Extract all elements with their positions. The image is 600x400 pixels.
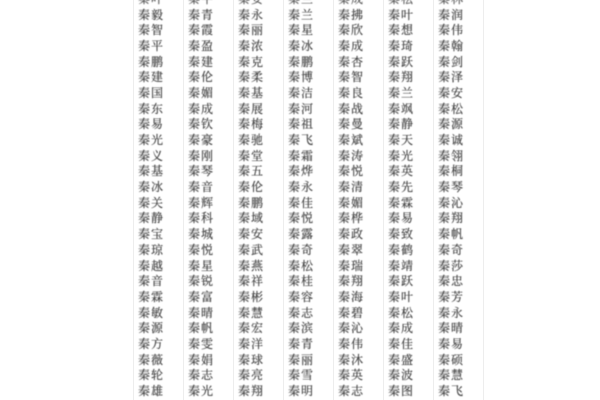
name-cell: 秦拂 [326,7,376,23]
name-cell-partial: 秦成 [326,0,376,7]
name-cell: 秦想 [376,22,426,38]
name-cell: 秦良 [326,85,376,101]
column-divider-line [483,0,484,400]
name-cell: 秦冰 [126,179,176,195]
name-cell: 秦忠 [426,273,476,289]
name-cell: 秦雪 [276,368,326,384]
name-cell: 秦伦 [176,69,226,85]
name-cell: 秦志 [176,368,226,384]
name-cell: 秦关 [126,195,176,211]
name-cell: 秦清 [326,179,376,195]
name-cell: 秦奇 [276,242,326,258]
name-cell: 秦静 [376,117,426,133]
name-cell: 秦盈 [176,38,226,54]
name-cell: 秦明 [276,383,326,399]
name-cell: 秦媚 [326,195,376,211]
name-cell: 秦敏 [126,305,176,321]
name-cell: 秦天 [376,132,426,148]
name-cell: 秦鹏 [276,54,326,70]
name-cell: 秦琴 [176,164,226,180]
name-cell: 秦武 [226,242,276,258]
name-cell: 秦静 [126,211,176,227]
name-cell: 秦祥 [226,273,276,289]
name-cell: 秦青 [276,336,326,352]
name-cell: 秦盛 [376,352,426,368]
name-cell: 秦源 [126,320,176,336]
name-cell: 秦建 [176,54,226,70]
name-cell: 秦源 [426,117,476,133]
name-cell: 秦薇 [126,352,176,368]
name-cell: 秦浓 [226,38,276,54]
name-cell: 秦鹤 [376,242,426,258]
name-cell: 秦雄 [126,383,176,399]
name-cell: 秦洋 [226,336,276,352]
name-cell: 秦义 [126,148,176,164]
name-cell: 秦波 [376,368,426,384]
name-cell: 秦光 [376,148,426,164]
name-cell: 秦松 [376,305,426,321]
name-cell: 秦轮 [126,368,176,384]
name-cell: 秦致 [376,226,426,242]
name-cell: 秦悦 [326,164,376,180]
name-cell: 秦跃 [376,54,426,70]
name-cell: 秦光 [126,132,176,148]
name-cell: 秦政 [326,226,376,242]
name-cell: 秦燕 [226,258,276,274]
name-cell: 秦飞 [276,132,326,148]
name-cell: 秦慧 [226,305,276,321]
name-cell: 秦沁 [326,320,376,336]
name-cell: 秦帆 [426,226,476,242]
name-cell: 秦建 [126,69,176,85]
name-cell: 秦方 [126,336,176,352]
name-cell: 秦晴 [426,320,476,336]
name-cell: 秦翔 [376,69,426,85]
name-cell: 秦欣 [326,22,376,38]
name-cell: 秦安 [426,85,476,101]
name-cell: 秦辉 [176,195,226,211]
name-cell: 秦彬 [226,289,276,305]
name-cell: 秦泽 [426,69,476,85]
name-cell: 秦翔 [226,383,276,399]
name-cell: 秦琴 [426,179,476,195]
name-cell: 秦海 [326,289,376,305]
name-cell: 秦基 [126,164,176,180]
name-cell: 秦碧 [326,305,376,321]
name-cell: 秦伦 [226,179,276,195]
name-cell: 秦桦 [326,211,376,227]
name-cell: 秦丽 [276,352,326,368]
name-cell: 秦霖 [126,289,176,305]
name-cell: 秦易 [126,117,176,133]
document-page: 秦叶秦平秦安秦兰秦成秦松秦林秦毅秦青秦永秦兰秦拂秦叶秦润秦智秦霞秦丽秦星秦欣秦想… [0,0,600,400]
name-cell: 秦越 [126,258,176,274]
name-cell-partial: 秦松 [376,0,426,7]
name-cell: 秦英 [326,368,376,384]
name-cell: 秦五 [226,164,276,180]
name-cell: 秦祖 [276,117,326,133]
name-cell: 秦战 [326,101,376,117]
name-cell: 秦涛 [326,148,376,164]
name-cell: 秦翎 [426,148,476,164]
name-cell: 秦容 [276,289,326,305]
name-cell: 秦光 [176,383,226,399]
name-cell: 秦富 [176,289,226,305]
name-cell: 秦钦 [176,117,226,133]
name-cell: 秦芳 [426,289,476,305]
name-cell: 秦伟 [426,22,476,38]
name-cell: 秦琼 [126,242,176,258]
name-cell: 秦平 [126,38,176,54]
name-cell: 秦亮 [226,368,276,384]
name-cell: 秦露 [276,226,326,242]
name-cell: 秦智 [126,22,176,38]
name-cell: 秦霖 [376,195,426,211]
name-cell: 秦城 [176,226,226,242]
name-cell: 秦奇 [426,242,476,258]
name-cell: 秦帆 [176,320,226,336]
name-cell: 秦图 [376,383,426,399]
name-cell: 秦易 [376,211,426,227]
name-cell: 秦智 [326,69,376,85]
name-cell: 秦志 [276,305,326,321]
name-cell: 秦星 [176,258,226,274]
name-cell: 秦丽 [226,22,276,38]
name-cell: 秦东 [126,101,176,117]
name-cell: 秦莎 [426,258,476,274]
name-cell: 秦靖 [376,258,426,274]
name-cell: 秦音 [176,179,226,195]
names-table: 秦叶秦平秦安秦兰秦成秦松秦林秦毅秦青秦永秦兰秦拂秦叶秦润秦智秦霞秦丽秦星秦欣秦想… [126,0,476,399]
name-cell: 秦音 [126,273,176,289]
name-cell: 秦飞 [426,383,476,399]
name-cell: 秦翔 [426,211,476,227]
name-cell: 秦伟 [326,336,376,352]
name-cell: 秦曼 [326,117,376,133]
name-cell: 秦安 [226,226,276,242]
name-cell: 秦桂 [276,273,326,289]
name-cell: 秦慧 [426,368,476,384]
name-cell: 秦宝 [126,226,176,242]
name-cell: 秦域 [226,211,276,227]
name-cell: 秦驰 [226,132,276,148]
name-cell: 秦成 [326,38,376,54]
name-cell: 秦诚 [426,132,476,148]
name-cell: 秦永 [276,179,326,195]
name-cell: 秦豪 [176,132,226,148]
name-cell: 秦志 [326,383,376,399]
name-cell: 秦琦 [376,38,426,54]
name-cell: 秦鹏 [126,54,176,70]
name-cell: 秦悦 [276,211,326,227]
name-cell: 秦剑 [426,54,476,70]
name-cell: 秦翰 [426,38,476,54]
name-cell: 秦球 [226,352,276,368]
name-cell: 秦沁 [426,195,476,211]
name-cell: 秦佳 [376,336,426,352]
name-cell: 秦易 [426,336,476,352]
name-cell: 秦润 [426,7,476,23]
name-cell: 秦克 [226,54,276,70]
name-cell: 秦悦 [176,242,226,258]
name-cell: 秦佳 [276,195,326,211]
name-cell: 秦媚 [176,85,226,101]
name-cell: 秦霞 [176,22,226,38]
name-cell: 秦松 [276,258,326,274]
name-cell: 秦叶 [376,7,426,23]
name-cell: 秦沐 [326,352,376,368]
name-cell: 秦基 [226,85,276,101]
name-cell: 秦杏 [326,54,376,70]
name-cell-partial: 秦平 [176,0,226,7]
name-cell: 秦国 [126,85,176,101]
name-cell: 秦星 [276,22,326,38]
name-cell: 秦瑞 [326,258,376,274]
name-cell: 秦展 [226,101,276,117]
name-cell: 秦飒 [376,101,426,117]
name-cell-partial: 秦叶 [126,0,176,7]
name-cell-partial: 秦安 [226,0,276,7]
name-cell: 秦兰 [276,7,326,23]
name-cell: 秦翔 [326,273,376,289]
name-cell: 秦永 [226,7,276,23]
name-cell: 秦兰 [376,85,426,101]
name-cell: 秦英 [376,164,426,180]
name-cell: 秦鹏 [226,195,276,211]
name-cell: 秦桐 [426,164,476,180]
name-cell: 秦烨 [276,164,326,180]
name-cell: 秦科 [176,211,226,227]
name-cell: 秦成 [176,101,226,117]
name-cell: 秦洁 [276,85,326,101]
name-cell: 秦成 [376,320,426,336]
name-cell: 秦晴 [176,305,226,321]
name-cell: 秦先 [376,179,426,195]
name-cell: 秦硕 [426,352,476,368]
name-cell: 秦娟 [176,352,226,368]
name-cell: 秦青 [176,7,226,23]
name-cell-partial: 秦兰 [276,0,326,7]
name-cell: 秦滨 [276,320,326,336]
name-cell: 秦锐 [176,273,226,289]
name-cell-partial: 秦林 [426,0,476,7]
name-cell: 秦毅 [126,7,176,23]
name-cell: 秦博 [276,69,326,85]
name-cell: 秦霜 [276,148,326,164]
name-cell: 秦松 [426,101,476,117]
name-cell: 秦河 [276,101,326,117]
name-cell: 秦柔 [226,69,276,85]
name-cell: 秦翠 [326,242,376,258]
name-cell: 秦跃 [376,273,426,289]
name-cell: 秦雯 [176,336,226,352]
name-cell: 秦叶 [376,289,426,305]
name-cell: 秦宏 [226,320,276,336]
name-cell: 秦斌 [326,132,376,148]
name-cell: 秦堂 [226,148,276,164]
name-cell: 秦冰 [276,38,326,54]
name-cell: 秦梅 [226,117,276,133]
name-cell: 秦永 [426,305,476,321]
name-cell: 秦刚 [176,148,226,164]
